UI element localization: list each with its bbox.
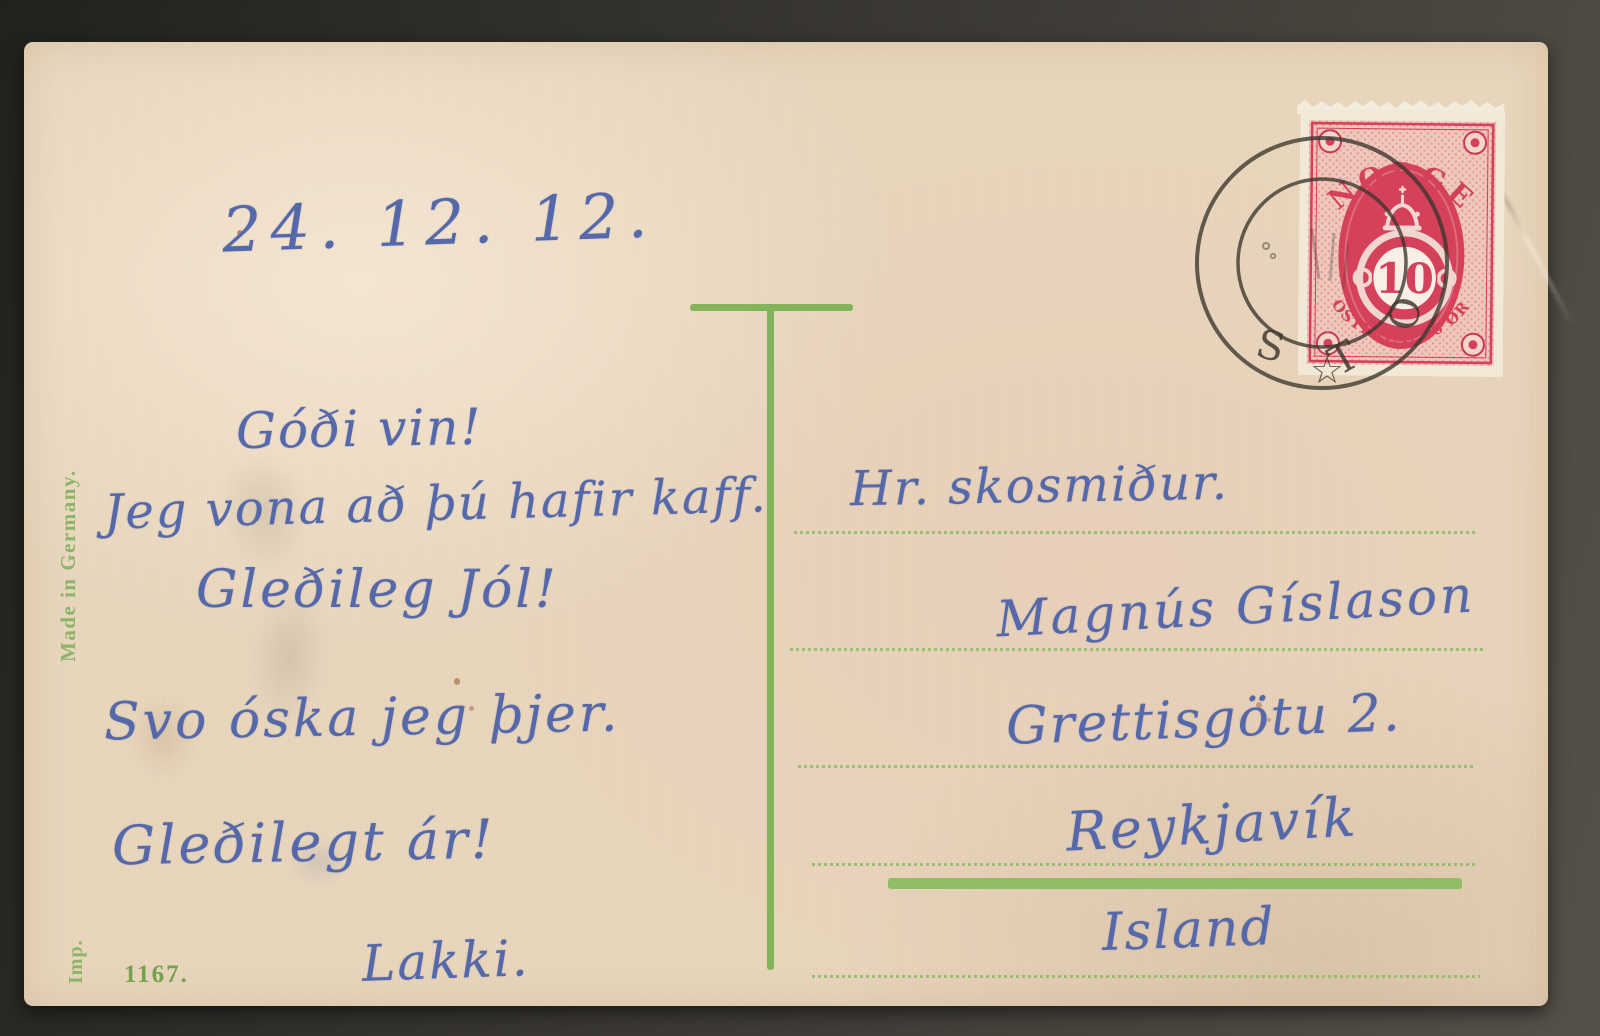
address-line: Grettisgötu 2. bbox=[1005, 687, 1402, 753]
address-line: Hr. skosmiður. bbox=[850, 459, 1230, 514]
message-line: Svo óska jeg þjer. bbox=[104, 687, 621, 748]
address-ruled-line bbox=[790, 648, 1486, 651]
postmark-star-icon: ☆ bbox=[1310, 348, 1344, 392]
date-inscription: 24. 12. 12. bbox=[221, 184, 657, 261]
address-line: Island bbox=[1101, 901, 1276, 959]
postmark: STO ☆ bbox=[1162, 103, 1482, 423]
address-line: Reykjavík bbox=[1065, 790, 1360, 859]
postmark-town-letters: STO bbox=[1251, 238, 1446, 387]
postcard: Made in Germany. Imp. 1167. 24. 12. 12. … bbox=[24, 42, 1548, 1006]
message-line: Jeg vona að þú hafir kaff. bbox=[103, 471, 768, 536]
address-ruled-line bbox=[794, 531, 1476, 534]
message-line: Góði vin! bbox=[236, 402, 483, 456]
address-ruled-line bbox=[812, 863, 1476, 866]
message-line: Gleðilegt ár! bbox=[112, 813, 496, 874]
photo-backdrop: Made in Germany. Imp. 1167. 24. 12. 12. … bbox=[0, 0, 1600, 1036]
address-line: Magnús Gíslason bbox=[995, 569, 1476, 644]
message-line: Gleðileg Jól! bbox=[196, 564, 559, 616]
svg-text:STO: STO bbox=[1251, 238, 1446, 387]
made-in-germany-imprint: Made in Germany. bbox=[58, 469, 79, 662]
address-ruled-line bbox=[812, 975, 1480, 978]
printed-divider-vertical-bar bbox=[767, 306, 774, 970]
address-ruled-line bbox=[798, 765, 1476, 768]
design-number-imprint: 1167. bbox=[124, 962, 189, 987]
paper-speck bbox=[454, 678, 460, 685]
signature: Lakki. bbox=[361, 933, 530, 989]
imp-imprint: Imp. bbox=[66, 939, 86, 984]
address-ruled-bar bbox=[888, 878, 1462, 889]
